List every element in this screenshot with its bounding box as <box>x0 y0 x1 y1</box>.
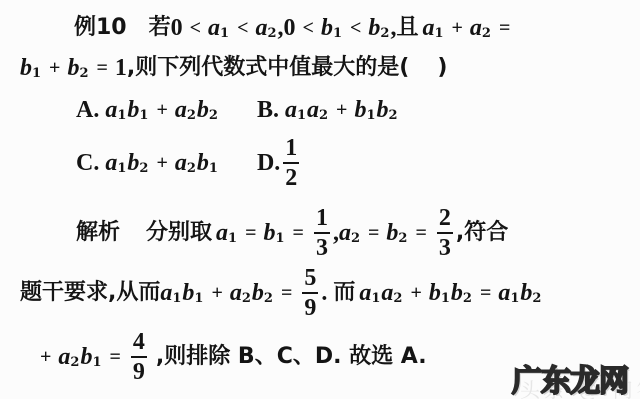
option-d-label: D. <box>257 151 280 175</box>
problem-label: 例10 <box>74 17 127 39</box>
option-a-label: A. <box>76 98 99 122</box>
option-d-fraction: 1 2 <box>283 136 299 190</box>
option-c-label: C. <box>76 151 99 175</box>
fraction-four-ninths: 4 9 <box>131 330 147 384</box>
option-d[interactable]: D. 1 2 <box>257 136 302 190</box>
option-b-label: B. <box>257 98 279 122</box>
problem-text: 若 <box>149 17 171 39</box>
problem-line-2: b1 + b2 = 1 ,则下列代数式中值最大的是( ) <box>20 56 447 80</box>
problem-line-1: 例10 若 0 < a1 < a2 , 0 < b1 < b2 , 且 a1 +… <box>74 16 517 40</box>
solution-line-1: 解析 分别取 a1 = b1 = 1 3 , a2 = b2 = 2 3 ,符合 <box>76 206 508 260</box>
option-b[interactable]: B. a1a2 + b1b2 <box>257 98 399 122</box>
option-a[interactable]: A. a1b1 + a2b2 <box>76 98 219 122</box>
options-row-2: C. a1b2 + a2b1 D. 1 2 <box>76 136 302 190</box>
fraction-one-third: 1 3 <box>314 206 330 260</box>
solution-line-2: 题干要求,从而 a1b1 + a2b2 = 5 9 . 而 a1a2 + b1b… <box>20 266 542 320</box>
fraction-five-ninths: 5 9 <box>302 266 318 320</box>
options-row-1: A. a1b1 + a2b2 B. a1a2 + b1b2 <box>76 98 399 122</box>
solution-line-3: + a2b1 = 4 9 ,则排除 B、C、D. 故选 A. <box>40 330 427 384</box>
solution-label: 解析 <box>76 222 120 244</box>
fraction-two-thirds: 2 3 <box>437 206 453 260</box>
watermark-logo: 广东龙网 <box>512 356 628 399</box>
option-c[interactable]: C. a1b2 + a2b1 <box>76 151 219 175</box>
document-page: 例10 若 0 < a1 < a2 , 0 < b1 < b2 , 且 a1 +… <box>0 0 640 399</box>
